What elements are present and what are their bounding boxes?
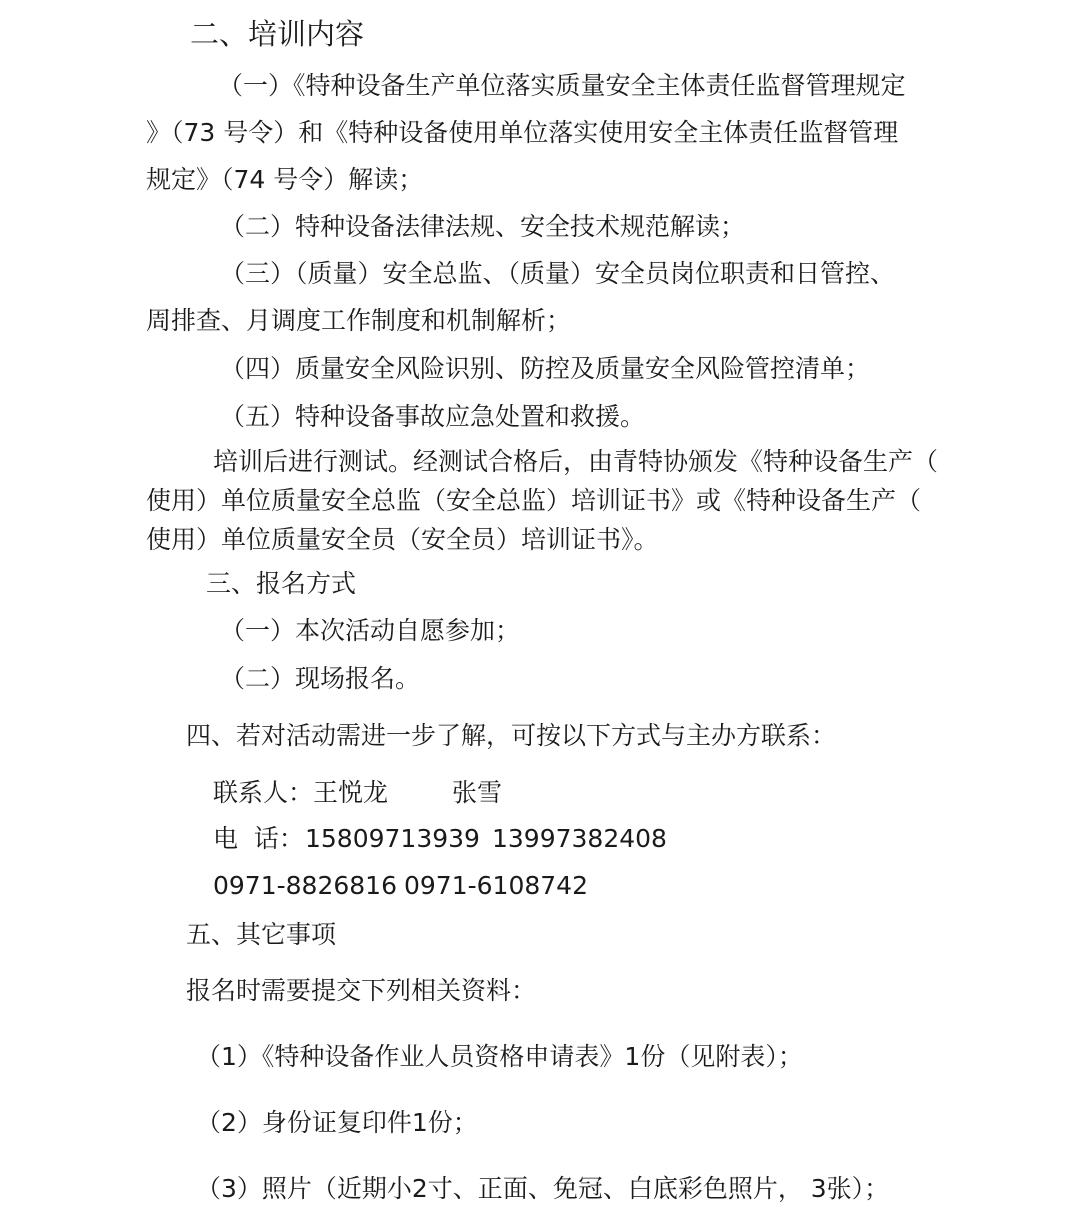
contacts-label: 联系人： — [213, 778, 313, 807]
mobile-number-1: 15809713939 — [305, 823, 480, 855]
registration-item-2: （二）现场报名。 — [220, 663, 420, 695]
document-page: 二、培训内容 （一）《特种设备生产单位落实质量安全主体责任监督管理规定 》（73… — [0, 0, 1088, 1215]
training-closing-line-1: 培训后进行测试。经测试合格后，由青特协颁发《特种设备生产（ — [213, 446, 938, 478]
contact-person-2: 张雪 — [452, 777, 502, 809]
training-item-1-line-3: 规定》（74 号令）解读； — [146, 164, 423, 196]
training-item-1-line-2: 》（73 号令）和《特种设备使用单位落实使用安全主体责任监督管理 — [146, 117, 898, 149]
registration-item-1: （一）本次活动自愿参加； — [220, 615, 520, 647]
mobile-number-2: 13997382408 — [492, 823, 667, 855]
training-item-5: （五）特种设备事故应急处置和救援。 — [220, 401, 645, 433]
phone-label: 电 话： — [213, 824, 304, 853]
phone-row: 电 话： — [213, 823, 304, 855]
landline-number-2: 0971-6108742 — [404, 870, 588, 902]
section-two-heading: 二、培训内容 — [190, 16, 364, 52]
landline-number-1: 0971-8826816 — [213, 870, 397, 902]
section-four-heading: 四、若对活动需进一步了解，可按以下方式与主办方联系： — [186, 720, 836, 752]
material-item-3: （3）照片（近期小2寸、正面、免冠、白底彩色照片， 3张）； — [196, 1173, 889, 1205]
contact-persons-row: 联系人：王悦龙 — [213, 777, 388, 809]
training-item-3-line-2: 周排查、月调度工作制度和机制解析； — [146, 305, 571, 337]
training-item-1-line-1: （一）《特种设备生产单位落实质量安全主体责任监督管理规定 — [218, 70, 906, 102]
training-closing-line-2: 使用）单位质量安全总监（安全总监）培训证书》或《特种设备生产（ — [146, 485, 921, 517]
training-item-2: （二）特种设备法律法规、安全技术规范解读； — [220, 211, 745, 243]
section-three-heading: 三、报名方式 — [206, 568, 356, 600]
contact-person-1: 王悦龙 — [313, 778, 388, 807]
training-closing-line-3: 使用）单位质量安全员（安全员）培训证书》。 — [146, 524, 659, 556]
training-item-3-line-1: （三）（质量）安全总监、（质量）安全员岗位职责和日管控、 — [220, 258, 895, 290]
materials-intro: 报名时需要提交下列相关资料： — [186, 975, 536, 1007]
material-item-1: （1）《特种设备作业人员资格申请表》1份（见附表）； — [196, 1041, 803, 1073]
section-five-heading: 五、其它事项 — [186, 919, 336, 951]
training-item-4: （四）质量安全风险识别、防控及质量安全风险管控清单； — [220, 353, 870, 385]
material-item-2: （2）身份证复印件1份； — [196, 1107, 478, 1139]
